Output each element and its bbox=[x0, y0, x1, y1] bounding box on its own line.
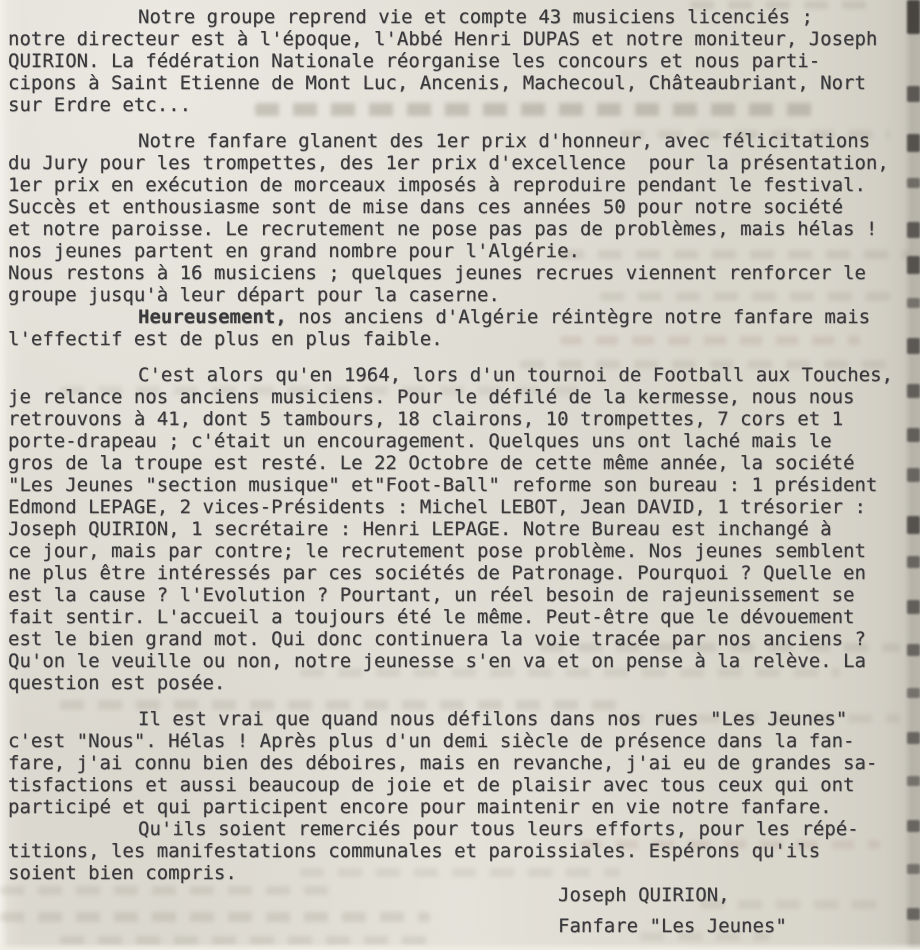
text-line: Notre groupe reprend vie et compte 43 mu… bbox=[8, 6, 908, 28]
scan-edge-mark bbox=[907, 820, 920, 832]
text-line: Qu'on le veuille ou non, notre jeunesse … bbox=[8, 650, 908, 672]
text-line: Il est vrai que quand nous défilons dans… bbox=[8, 708, 908, 730]
paragraph: C'est alors qu'en 1964, lors d'un tourno… bbox=[8, 364, 908, 694]
text-line: Nous restons à 16 musiciens ; quelques j… bbox=[8, 262, 908, 284]
text-line: l'effectif est de plus en plus faible. bbox=[8, 328, 908, 350]
paragraph: Il est vrai que quand nous défilons dans… bbox=[8, 708, 908, 884]
text-line: retrouvons à 41, dont 5 tambours, 18 cla… bbox=[8, 408, 908, 430]
text-line: du Jury pour les trompettes, des 1er pri… bbox=[8, 152, 908, 174]
scan-edge-mark bbox=[907, 86, 920, 102]
scan-edge-mark bbox=[907, 134, 920, 152]
text-line: soient bien compris. bbox=[8, 862, 908, 884]
text-line: Edmond LEPAGE, 2 vices-Présidents : Mich… bbox=[8, 496, 908, 518]
scan-edge-mark bbox=[907, 428, 920, 442]
scan-edge-mark bbox=[907, 644, 920, 656]
scan-edge-mark bbox=[907, 864, 920, 874]
text-line: ce jour, mais par contre; le recrutement… bbox=[8, 540, 908, 562]
text-line: Succès et enthousiasme sont de mise dans… bbox=[8, 196, 908, 218]
text-line: titions, les manifestations communales e… bbox=[8, 840, 908, 862]
text-line: est la cause ? l'Evolution ? Pourtant, u… bbox=[8, 584, 908, 606]
text-line: participé et qui participent encore pour… bbox=[8, 796, 908, 818]
text-line: ne plus être intéressés par ces sociétés… bbox=[8, 562, 908, 584]
scan-edge-mark bbox=[907, 338, 920, 354]
text-line: QUIRION. La fédération Nationale réorgan… bbox=[8, 50, 908, 72]
text-line: fait sentir. L'accueil a toujours été le… bbox=[8, 606, 908, 628]
signature-name: Joseph QUIRION, bbox=[558, 884, 787, 906]
bleedthrough-ghost-text bbox=[0, 912, 430, 922]
text-line: est le bien grand mot. Qui donc continue… bbox=[8, 628, 908, 650]
scan-edge-mark bbox=[907, 688, 920, 698]
scan-edge-mark bbox=[907, 384, 920, 398]
text-line: question est posée. bbox=[8, 672, 908, 694]
scan-edge-mark bbox=[907, 298, 920, 308]
scan-edge-mark bbox=[907, 178, 920, 188]
scan-edge-mark bbox=[907, 556, 920, 568]
paragraph: Notre fanfare glanent des 1er prix d'hon… bbox=[8, 130, 908, 350]
text-line: fare, j'ai connu bien des déboires, mais… bbox=[8, 752, 908, 774]
scan-edge-mark bbox=[907, 516, 920, 534]
text-line: C'est alors qu'en 1964, lors d'un tourno… bbox=[8, 364, 908, 386]
text-line: Joseph QUIRION, 1 secrétaire : Henri LEP… bbox=[8, 518, 908, 540]
scan-edge-mark bbox=[907, 256, 920, 274]
text-line: sur Erdre etc... bbox=[8, 94, 908, 116]
text-line: je relance nos anciens musiciens. Pour l… bbox=[8, 386, 908, 408]
scan-edge-mark bbox=[907, 908, 920, 920]
scan-edge-mark bbox=[907, 222, 920, 238]
text-line: "Les Jeunes "section musique" et"Foot-Ba… bbox=[8, 474, 908, 496]
scan-edge-mark bbox=[907, 0, 920, 34]
scan-edge-mark bbox=[907, 732, 920, 744]
signature-org: Fanfare "Les Jeunes" bbox=[558, 915, 787, 937]
paragraph: Notre groupe reprend vie et compte 43 mu… bbox=[8, 6, 908, 116]
scan-edge-mark bbox=[907, 600, 920, 614]
bold-text: Heureusement, bbox=[138, 306, 287, 328]
scan-edge-mark bbox=[907, 468, 920, 482]
signature-block: Joseph QUIRION, Fanfare "Les Jeunes" bbox=[558, 884, 787, 937]
text-line: Qu'ils soient remerciés pour tous leurs … bbox=[8, 818, 908, 840]
text-line: cipons à Saint Etienne de Mont Luc, Ance… bbox=[8, 72, 908, 94]
text-line: et notre paroisse. Le recrutement ne pos… bbox=[8, 218, 908, 240]
text-line: gros de la troupe est resté. Le 22 Octob… bbox=[8, 452, 908, 474]
text-line: tisfactions et aussi beaucoup de joie et… bbox=[8, 774, 908, 796]
text-line: c'est "Nous". Hélas ! Après plus d'un de… bbox=[8, 730, 908, 752]
text-line: notre directeur est à l'époque, l'Abbé H… bbox=[8, 28, 908, 50]
text-line: Notre fanfare glanent des 1er prix d'hon… bbox=[8, 130, 908, 152]
text-line: porte-drapeau ; c'était un encouragement… bbox=[8, 430, 908, 452]
document-body: Notre groupe reprend vie et compte 43 mu… bbox=[8, 6, 908, 898]
scanned-document-page: Notre groupe reprend vie et compte 43 mu… bbox=[0, 0, 920, 950]
text-line: Heureusement, nos anciens d'Algérie réin… bbox=[8, 306, 908, 328]
bleedthrough-ghost-text bbox=[60, 936, 430, 945]
text-line: nos jeunes partent en grand nombre pour … bbox=[8, 240, 908, 262]
scan-edge-mark bbox=[907, 776, 920, 786]
text-line: groupe jusqu'à leur départ pour la caser… bbox=[8, 284, 908, 306]
text-line: 1er prix en exécution de morceaux imposé… bbox=[8, 174, 908, 196]
